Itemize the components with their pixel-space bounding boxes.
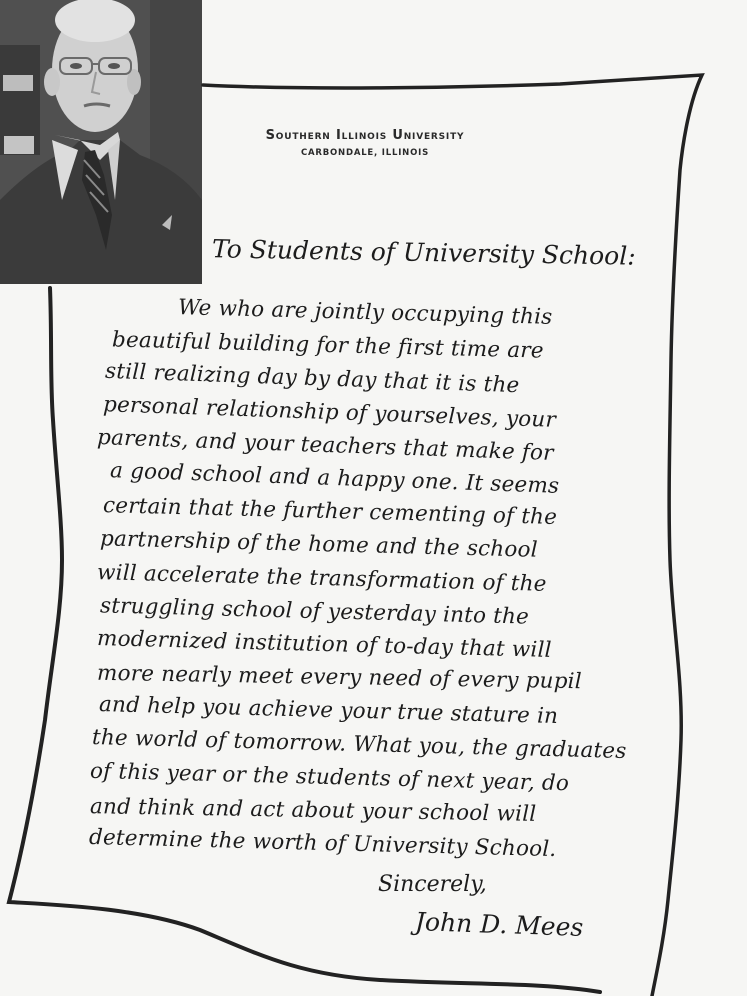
letter-line: a good school and a happy one. It seems [110, 458, 560, 499]
letter-line: and think and act about your school will [90, 794, 537, 827]
letter-line: the world of tomorrow. What you, the gra… [92, 725, 627, 764]
portrait-photo [0, 0, 202, 284]
letter-line: more nearly meet every need of every pup… [97, 661, 582, 694]
letter-line: of this year or the students of next yea… [90, 759, 570, 797]
letter-line: personal relationship of yourselves, you… [103, 392, 557, 433]
letter-line: will accelerate the transformation of th… [97, 560, 547, 597]
letter-line: certain that the further cementing of th… [103, 493, 558, 530]
signature: John D. Mees [415, 907, 584, 942]
letter-line: We who are jointly occupying this [178, 295, 553, 330]
letter-line: and help you achieve your true stature i… [99, 692, 559, 729]
institution-location: CARBONDALE, ILLINOIS [200, 148, 530, 158]
letter-line: determine the worth of University School… [89, 825, 557, 862]
letter-line: beautiful building for the first time ar… [112, 328, 544, 364]
letter-line: modernized institution of to-day that wi… [97, 626, 552, 663]
institution-name: Southern Illinois University [200, 128, 530, 143]
letter-line: partnership of the home and the school [100, 527, 538, 563]
salutation: To Students of University School: [212, 234, 636, 270]
closing: Sincerely, [378, 872, 487, 897]
letter-line: still realizing day by day that it is th… [105, 359, 520, 398]
letterhead: Southern Illinois University CARBONDALE,… [200, 128, 530, 158]
letter-line: struggling school of yesterday into the [100, 593, 530, 629]
